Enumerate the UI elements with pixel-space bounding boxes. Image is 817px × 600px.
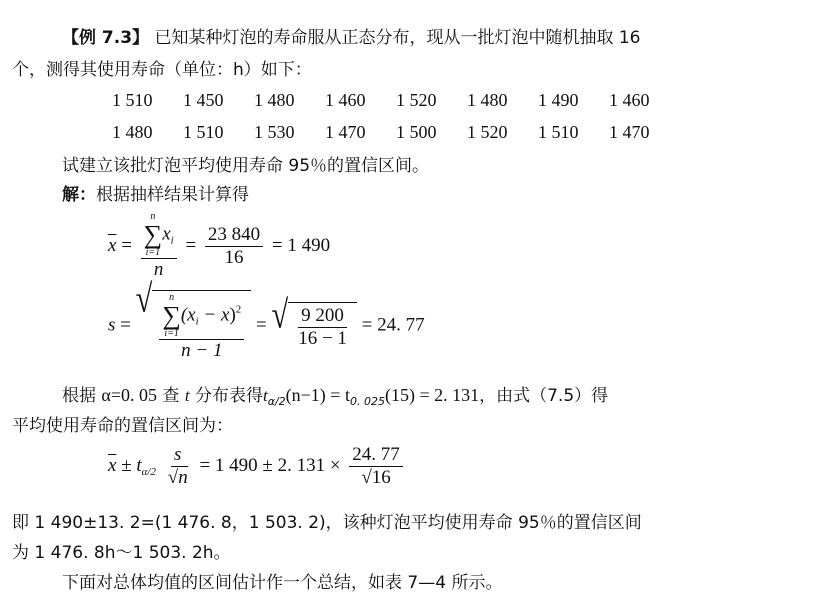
x-bar: x (108, 235, 116, 256)
t-value: (15) = 2. 131 (385, 385, 479, 405)
example-label: 【例 7.3】 (62, 28, 149, 48)
data-value: 1 520 (396, 90, 467, 111)
problem-text-2: 个，测得其使用寿命（单位：h）如下： (12, 60, 312, 80)
interval-intro-line: 平均使用寿命的置信区间为： (12, 416, 233, 436)
mean-formula: x = n ∑ i=1 xi n = 23 840 16 = 1 490 (108, 212, 330, 281)
data-value: 1 510 (183, 122, 254, 143)
example-line-1: 【例 7.3】 已知某种灯泡的寿命服从正态分布，现从一批灯泡中随机抽取 16 (62, 28, 641, 48)
result-line-2: 为 1 476. 8h～1 503. 2h。 (12, 543, 231, 563)
mean-result: = 1 490 (272, 235, 330, 256)
sum-icon: n ∑ i=1 (144, 212, 163, 258)
solution-label: 解： (62, 185, 96, 205)
summary-line: 下面对总体均值的区间估计作一个总结，如表 7—4 所示。 (62, 573, 502, 593)
example-line-2: 个，测得其使用寿命（单位：h）如下： (12, 60, 312, 80)
data-value: 1 510 (112, 90, 183, 111)
sd-formula: s = √ n ∑ i=1 (xi − x)2 n − 1 = √ 9 200 (108, 290, 425, 362)
data-value: 1 520 (467, 122, 538, 143)
question-line: 试建立该批灯泡平均使用寿命 95％的置信区间。 (62, 156, 429, 176)
data-value: 1 530 (254, 122, 325, 143)
ci-formula: x ± tα/2 s √n = 1 490 ± 2. 131 × 24. 77 … (108, 444, 407, 489)
data-value: 1 480 (254, 90, 325, 111)
s-var: s (108, 314, 115, 335)
sqrt-icon: √ 9 200 16 − 1 (272, 302, 357, 350)
data-value: 1 490 (538, 90, 609, 111)
data-value: 1 470 (325, 122, 396, 143)
data-value: 1 480 (112, 122, 183, 143)
sd-result: = 24. 77 (362, 314, 425, 335)
solution-intro-line: 解：根据抽样结果计算得 (62, 185, 249, 205)
sqrt-icon: √ n ∑ i=1 (xi − x)2 n − 1 (136, 290, 252, 362)
data-row-1: 1 510 1 450 1 480 1 460 1 520 1 480 1 49… (112, 90, 680, 111)
t-distribution-line: 根据 α=0. 05 查 t 分布表得tα/2(n−1) = t0. 025(1… (62, 385, 608, 412)
mean-fraction: n ∑ i=1 xi n (141, 212, 177, 281)
alpha-value: α=0. 05 (101, 385, 157, 405)
data-value: 1 480 (467, 90, 538, 111)
data-value: 1 460 (325, 90, 396, 111)
result-line-1: 即 1 490±13. 2=(1 476. 8，1 503. 2)，该种灯泡平均… (12, 513, 642, 533)
data-row-2: 1 480 1 510 1 530 1 470 1 500 1 520 1 51… (112, 122, 680, 143)
mean-value-fraction: 23 840 16 (205, 224, 263, 269)
solution-intro: 根据抽样结果计算得 (96, 185, 249, 205)
data-value: 1 450 (183, 90, 254, 111)
data-value: 1 510 (538, 122, 609, 143)
data-value: 1 460 (609, 90, 680, 111)
problem-text-1: 已知某种灯泡的寿命服从正态分布，现从一批灯泡中随机抽取 16 (154, 28, 640, 48)
data-value: 1 500 (396, 122, 467, 143)
data-value: 1 470 (609, 122, 680, 143)
question-text: 试建立该批灯泡平均使用寿命 95％的置信区间。 (62, 156, 429, 176)
